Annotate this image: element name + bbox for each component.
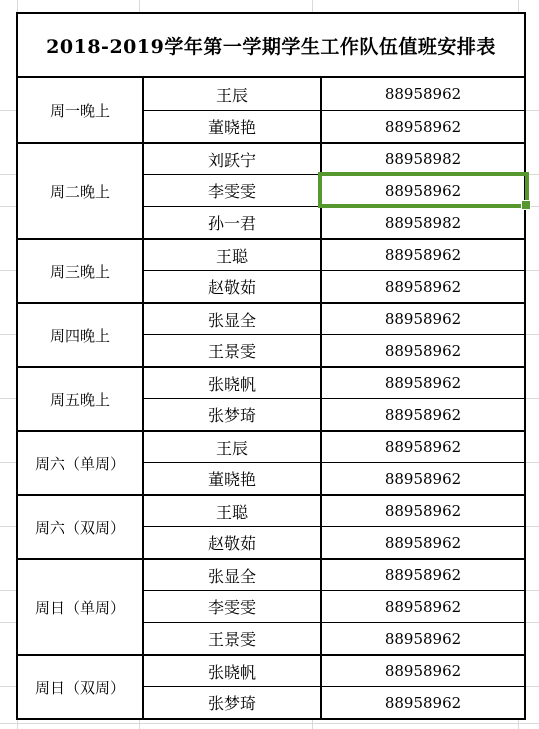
gridline xyxy=(312,0,313,12)
period-cell[interactable]: 周三晚上 xyxy=(18,238,142,302)
gridline xyxy=(0,334,16,335)
name-cell[interactable]: 王辰 xyxy=(142,430,320,462)
gridline xyxy=(0,590,16,591)
gridline xyxy=(0,206,16,207)
spreadsheet-page: 2018-2019学年第一学期学生工作队伍值班安排表 周一晚上王辰8895896… xyxy=(0,0,539,729)
name-cell[interactable]: 张梦琦 xyxy=(142,686,320,718)
name-cell[interactable]: 董晓艳 xyxy=(142,110,320,142)
name-cell[interactable]: 王景雯 xyxy=(142,622,320,654)
phone-cell[interactable]: 88958982 xyxy=(320,206,524,238)
gridline xyxy=(139,720,140,729)
period-cell[interactable]: 周日（双周） xyxy=(18,654,142,718)
phone-cell[interactable]: 88958962 xyxy=(320,334,524,366)
phone-cell[interactable]: 88958962 xyxy=(320,462,524,494)
name-cell[interactable]: 张显全 xyxy=(142,302,320,334)
selected-cell-border[interactable] xyxy=(318,172,529,208)
gridline xyxy=(0,686,16,687)
gridline xyxy=(526,270,539,271)
phone-cell[interactable]: 88958962 xyxy=(320,622,524,654)
phone-cell[interactable]: 88958962 xyxy=(320,494,524,526)
gridline xyxy=(0,723,539,724)
gridline xyxy=(526,398,539,399)
name-cell[interactable]: 张梦琦 xyxy=(142,398,320,430)
phone-cell[interactable]: 88958962 xyxy=(320,654,524,686)
phone-cell[interactable]: 88958962 xyxy=(320,238,524,270)
phone-cell[interactable]: 88958962 xyxy=(320,302,524,334)
gridline xyxy=(526,110,539,111)
name-cell[interactable]: 王聪 xyxy=(142,494,320,526)
gridline xyxy=(518,0,519,12)
name-cell[interactable]: 赵敬茹 xyxy=(142,270,320,302)
period-cell[interactable]: 周六（单周） xyxy=(18,430,142,494)
phone-cell[interactable]: 88958962 xyxy=(320,686,524,718)
name-cell[interactable]: 刘跃宁 xyxy=(142,142,320,174)
gridline xyxy=(526,622,539,623)
phone-cell[interactable]: 88958962 xyxy=(320,590,524,622)
phone-cell[interactable]: 88958982 xyxy=(320,142,524,174)
gridline xyxy=(17,0,18,12)
name-cell[interactable]: 王辰 xyxy=(142,78,320,110)
name-cell[interactable]: 王景雯 xyxy=(142,334,320,366)
gridline xyxy=(139,0,140,12)
period-cell[interactable]: 周四晚上 xyxy=(18,302,142,366)
period-cell[interactable]: 周五晚上 xyxy=(18,366,142,430)
gridline xyxy=(0,110,16,111)
gridline xyxy=(0,622,16,623)
gridline xyxy=(0,270,16,271)
gridline xyxy=(526,334,539,335)
name-cell[interactable]: 赵敬茹 xyxy=(142,526,320,558)
period-cell[interactable]: 周二晚上 xyxy=(18,142,142,238)
phone-cell[interactable]: 88958962 xyxy=(320,110,524,142)
name-cell[interactable]: 李雯雯 xyxy=(142,174,320,206)
gridline xyxy=(0,526,16,527)
table-title-cell[interactable]: 2018-2019学年第一学期学生工作队伍值班安排表 xyxy=(18,14,524,78)
phone-cell[interactable]: 88958962 xyxy=(320,526,524,558)
period-cell[interactable]: 周六（双周） xyxy=(18,494,142,558)
gridline xyxy=(0,462,16,463)
gridline xyxy=(526,590,539,591)
name-cell[interactable]: 张显全 xyxy=(142,558,320,590)
name-cell[interactable]: 董晓艳 xyxy=(142,462,320,494)
period-cell[interactable]: 周日（单周） xyxy=(18,558,142,654)
phone-cell[interactable]: 88958962 xyxy=(320,398,524,430)
name-cell[interactable]: 王聪 xyxy=(142,238,320,270)
name-cell[interactable]: 张晓帆 xyxy=(142,366,320,398)
fill-handle[interactable] xyxy=(521,200,531,210)
gridline xyxy=(526,526,539,527)
name-cell[interactable]: 孙一君 xyxy=(142,206,320,238)
period-cell[interactable]: 周一晚上 xyxy=(18,78,142,142)
name-cell[interactable]: 李雯雯 xyxy=(142,590,320,622)
gridline xyxy=(312,720,313,729)
gridline xyxy=(0,174,16,175)
phone-cell[interactable]: 88958962 xyxy=(320,366,524,398)
phone-cell[interactable]: 88958962 xyxy=(320,270,524,302)
phone-cell[interactable]: 88958962 xyxy=(320,78,524,110)
phone-cell[interactable]: 88958962 xyxy=(320,430,524,462)
gridline xyxy=(0,398,16,399)
phone-cell[interactable]: 88958962 xyxy=(320,558,524,590)
gridline xyxy=(17,720,18,729)
gridline xyxy=(518,720,519,729)
name-cell[interactable]: 张晓帆 xyxy=(142,654,320,686)
gridline xyxy=(526,462,539,463)
duty-schedule-table: 2018-2019学年第一学期学生工作队伍值班安排表 周一晚上王辰8895896… xyxy=(16,12,526,720)
gridline xyxy=(526,686,539,687)
